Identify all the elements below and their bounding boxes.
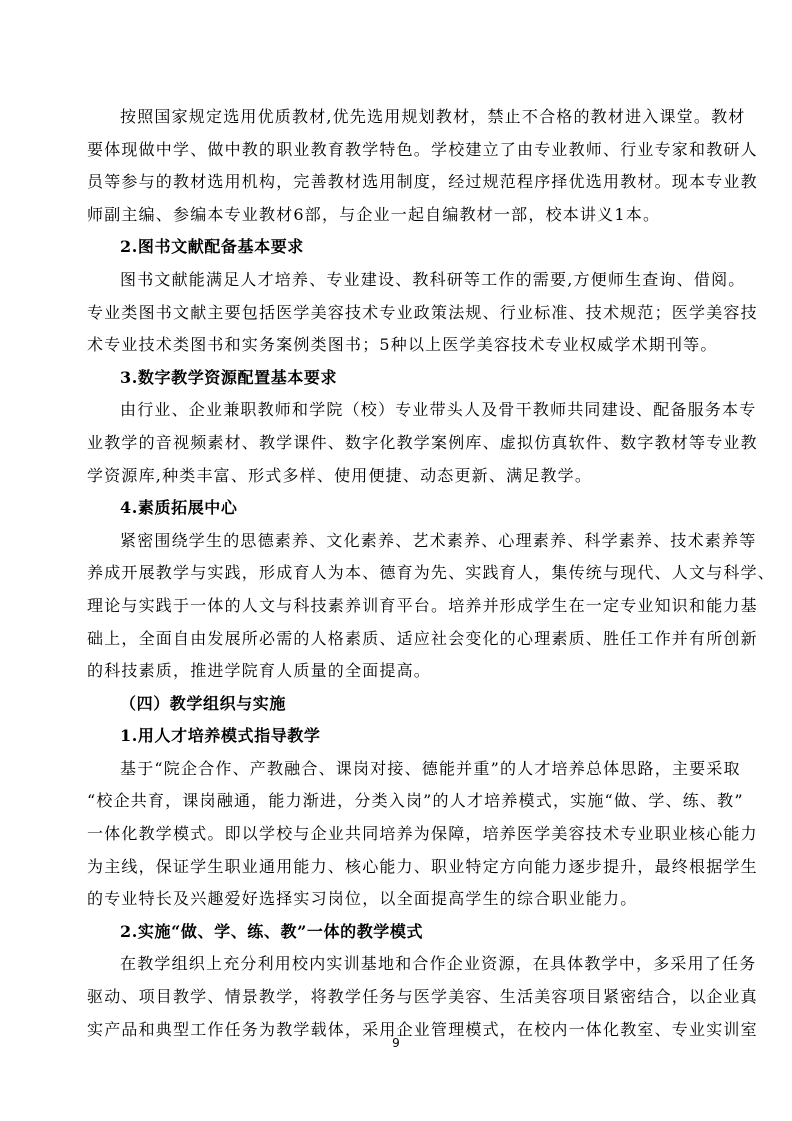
text-line: 础上，全面自由发展所必需的人格素质、适应社会变化的心理素质、胜任工作并有所创新 xyxy=(87,623,707,656)
text-line: 的科技素质，推进学院育人质量的全面提高。 xyxy=(87,655,707,688)
section-heading-digital-resources: 3.数字教学资源配置基本要求 xyxy=(87,362,707,395)
text-line: 养成开展教学与实践，形成育人为本、德育为先、实践育人，集传统与现代、人文与科学、 xyxy=(87,557,707,590)
paragraph-training-model: 基于“院企合作、产教融合、课岗对接、德能并重”的人才培养总体思路，主要采取 “校… xyxy=(87,753,707,916)
text-line: 按照国家规定选用优质教材,优先选用规划教材，禁止不合格的教材进入课堂。教材 xyxy=(87,101,707,134)
section-heading-integrated-teaching: 2.实施“做、学、练、教”一体的教学模式 xyxy=(87,916,707,949)
text-line: 要体现做中学、做中教的职业教育教学特色。学校建立了由专业教师、行业专家和教研人 xyxy=(87,134,707,167)
text-line: 在教学组织上充分利用校内实训基地和合作企业资源，在具体教学中，多采用了任务 xyxy=(87,948,707,981)
paragraph-textbook-selection: 按照国家规定选用优质教材,优先选用规划教材，禁止不合格的教材进入课堂。教材 要体… xyxy=(87,101,707,231)
text-line: 由行业、企业兼职教师和学院（校）专业带头人及骨干教师共同建设、配备服务本专 xyxy=(87,394,707,427)
text-line: 的专业特长及兴趣爱好选择实习岗位，以全面提高学生的综合职业能力。 xyxy=(87,883,707,916)
text-line: 学资源库,种类丰富、形式多样、使用便捷、动态更新、满足教学。 xyxy=(87,460,707,493)
text-line: 基于“院企合作、产教融合、课岗对接、德能并重”的人才培养总体思路，主要采取 xyxy=(87,753,707,786)
section-heading-library-resources: 2.图书文献配备基本要求 xyxy=(87,231,707,264)
text-line: 理论与实践于一体的人文与科技素养训育平台。培养并形成学生在一定专业知识和能力基 xyxy=(87,590,707,623)
text-line: 业教学的音视频素材、教学课件、数字化教学案例库、虚拟仿真软件、数字教材等专业教 xyxy=(87,427,707,460)
text-line: 图书文献能满足人才培养、专业建设、教科研等工作的需要,方便师生查询、借阅。 xyxy=(87,264,707,297)
text-line: 专业类图书文献主要包括医学美容技术专业政策法规、行业标准、技术规范；医学美容技 xyxy=(87,297,707,330)
text-line: 为主线，保证学生职业通用能力、核心能力、职业特定方向能力逐步提升，最终根据学生 xyxy=(87,851,707,884)
paragraph-digital-resources: 由行业、企业兼职教师和学院（校）专业带头人及骨干教师共同建设、配备服务本专 业教… xyxy=(87,394,707,492)
text-line: 紧密围绕学生的思德素养、文化素养、艺术素养、心理素养、科学素养、技术素养等 xyxy=(87,525,707,558)
text-line: 驱动、项目教学、情景教学，将教学任务与医学美容、生活美容项目紧密结合，以企业真 xyxy=(87,981,707,1014)
section-heading-training-model: 1.用人才培养模式指导教学 xyxy=(87,720,707,753)
section-heading-quality-center: 4.素质拓展中心 xyxy=(87,492,707,525)
page-number: 9 xyxy=(386,1036,406,1050)
text-line: 员等参与的教材选用机构，完善教材选用制度，经过规范程序择优选用教材。现本专业教 xyxy=(87,166,707,199)
text-line: 术专业技术类图书和实务案例类图书；5种以上医学美容技术专业权威学术期刊等。 xyxy=(87,329,707,362)
paragraph-quality-center: 紧密围绕学生的思德素养、文化素养、艺术素养、心理素养、科学素养、技术素养等 养成… xyxy=(87,525,707,688)
document-page: 按照国家规定选用优质教材,优先选用规划教材，禁止不合格的教材进入课堂。教材 要体… xyxy=(0,0,792,1121)
chapter-heading-teaching-organization: （四）教学组织与实施 xyxy=(87,688,707,721)
paragraph-library-resources: 图书文献能满足人才培养、专业建设、教科研等工作的需要,方便师生查询、借阅。 专业… xyxy=(87,264,707,362)
text-line: “校企共育，课岗融通，能力渐进，分类入岗”的人才培养模式，实施“做、学、练、教” xyxy=(87,785,707,818)
text-line: 一体化教学模式。即以学校与企业共同培养为保障，培养医学美容技术专业职业核心能力 xyxy=(87,818,707,851)
paragraph-integrated-teaching: 在教学组织上充分利用校内实训基地和合作企业资源，在具体教学中，多采用了任务 驱动… xyxy=(87,948,707,1046)
text-line: 师副主编、参编本专业教材6部，与企业一起自编教材一部，校本讲义1本。 xyxy=(87,199,707,232)
page-body: 按照国家规定选用优质教材,优先选用规划教材，禁止不合格的教材进入课堂。教材 要体… xyxy=(87,101,707,1046)
